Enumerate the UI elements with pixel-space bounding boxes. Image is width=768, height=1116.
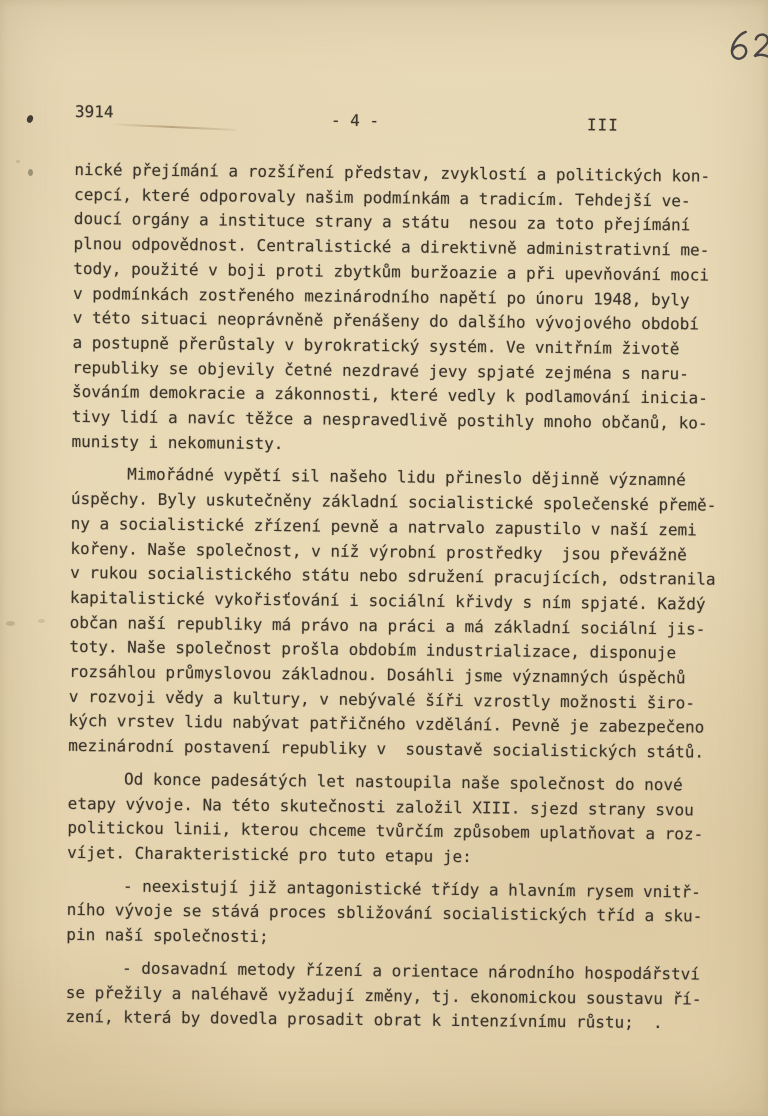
- paragraph: - neexistují již antagonistické třídy a …: [66, 874, 721, 955]
- paragraph: - dosavadní metody řízení a orientace ná…: [65, 956, 720, 1037]
- document-number: 3914: [75, 103, 114, 121]
- scanned-page: 3914 - 4 - III nické přejímání a rozšíře…: [0, 0, 768, 1116]
- paragraph: Mimořádné vypětí sil našeho lidu přinesl…: [68, 462, 725, 765]
- section-label: III: [587, 116, 619, 134]
- page-number: - 4 -: [331, 112, 379, 131]
- document-body: nické přejímání a rozšíření představ, zv…: [65, 158, 728, 1045]
- paragraph: nické přejímání a rozšíření představ, zv…: [71, 158, 728, 461]
- typewritten-content: 3914 - 4 - III nické přejímání a rozšíře…: [0, 0, 768, 1116]
- paragraph: Od konce padesátých let nastoupila naše …: [67, 767, 722, 873]
